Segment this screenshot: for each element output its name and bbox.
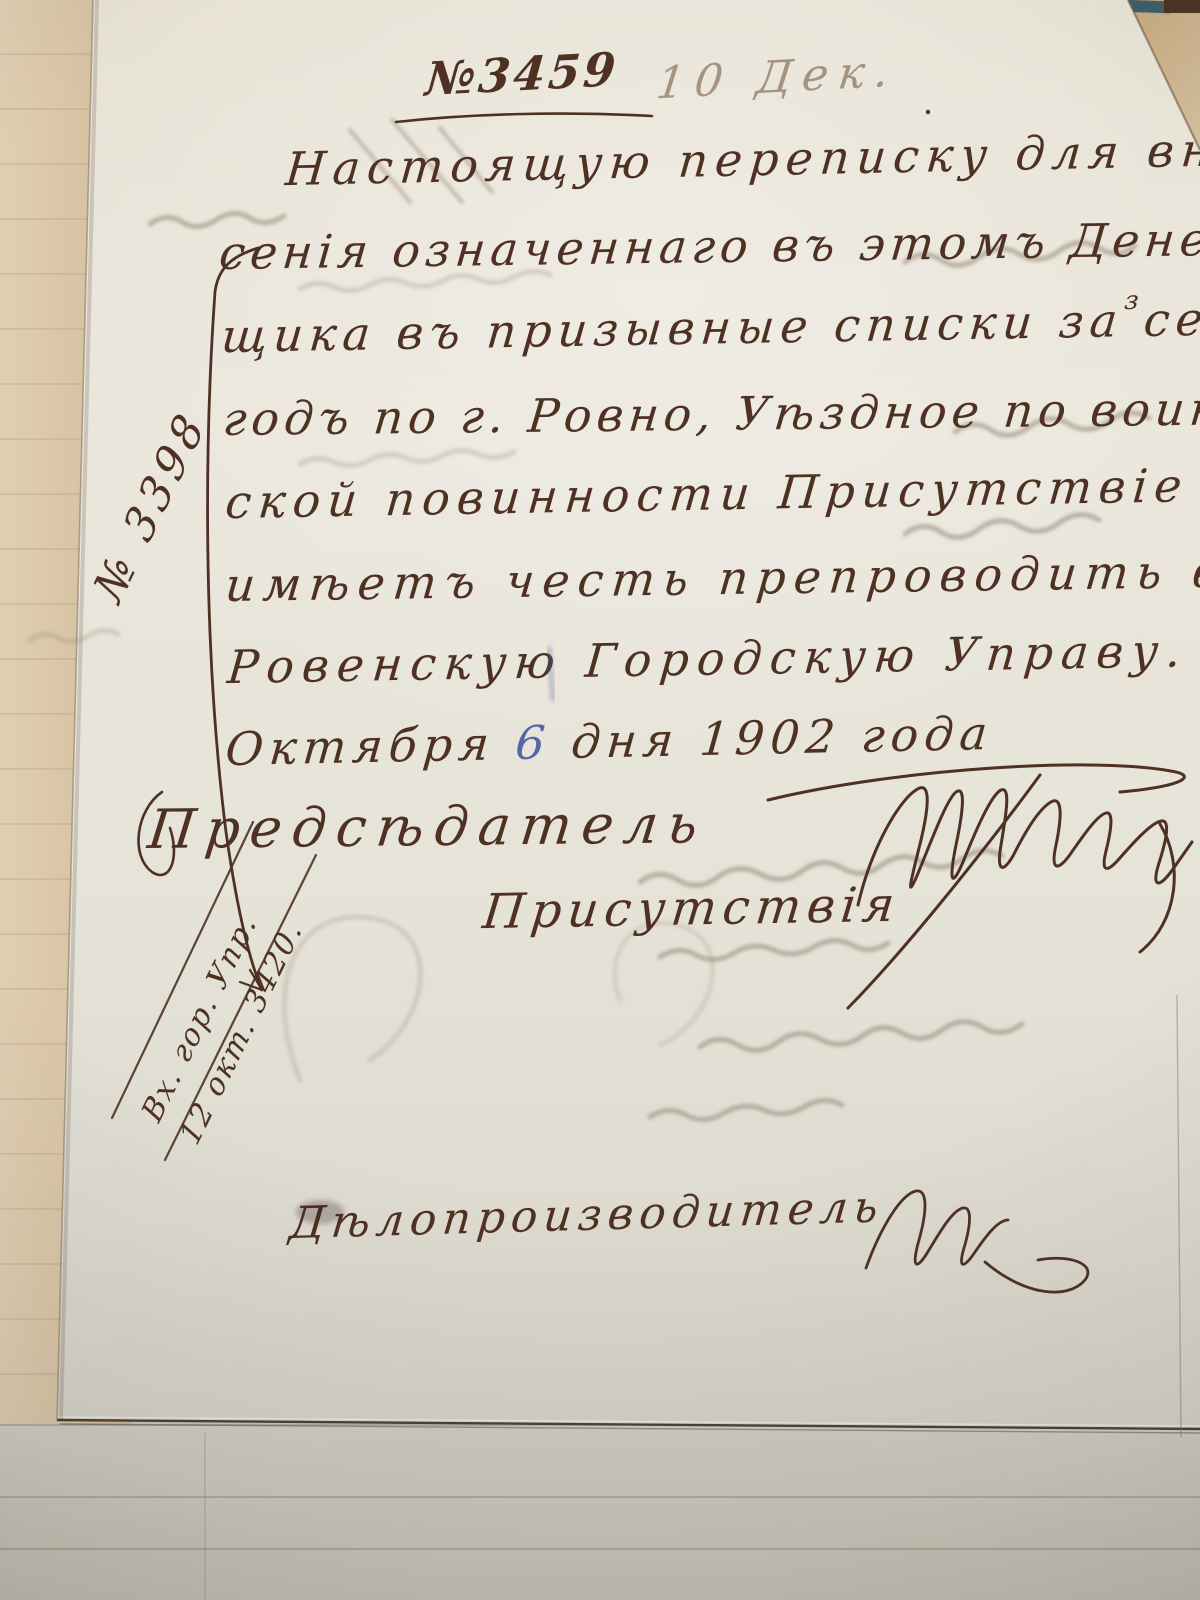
pen-strokes — [0, 0, 1200, 1600]
chairman-signature — [768, 765, 1192, 1008]
clerk-signature — [866, 1191, 1088, 1292]
chairman-initial-flourish — [139, 792, 174, 875]
blue-ink-smear — [549, 648, 553, 700]
header-underline — [396, 114, 652, 122]
registration-rule-1 — [112, 822, 253, 1118]
archival-photo-page: { "header": { "doc_number": "№3459", "si… — [0, 0, 1200, 1600]
ink-smudge — [296, 1200, 344, 1224]
ink-dot — [926, 110, 930, 114]
registration-rule-2 — [165, 855, 316, 1160]
margin-bracket-line — [208, 248, 262, 990]
